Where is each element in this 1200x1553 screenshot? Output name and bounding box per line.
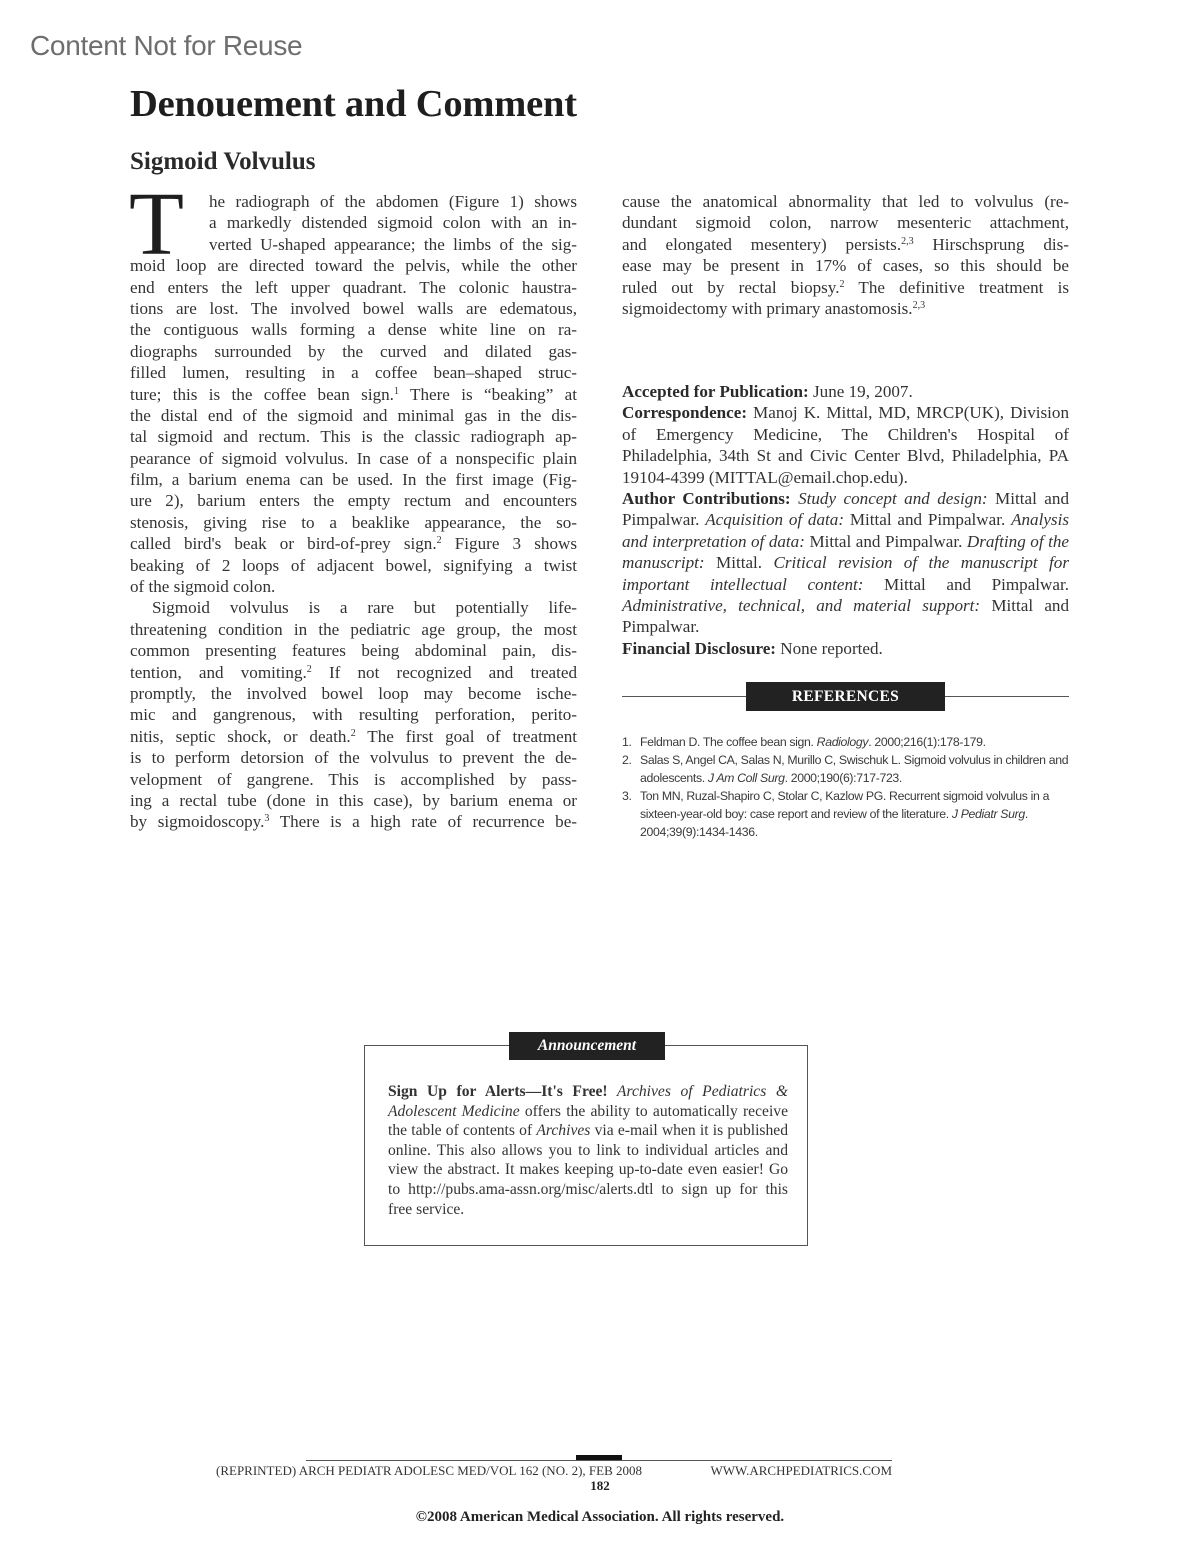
body-line: film, a barium enema can be used. In the…	[130, 469, 577, 490]
citation-superscript: 2,3	[913, 300, 926, 311]
copyright-notice: ©2008 American Medical Association. All …	[0, 1509, 1200, 1526]
body-line: velopment of gangrene. This is accomplis…	[130, 769, 577, 790]
body-line: nitis, septic shock, or death.2 The firs…	[130, 726, 577, 747]
body-line: ease may be present in 17% of cases, so …	[622, 255, 1069, 276]
references-label: REFERENCES	[746, 682, 945, 711]
section-title: Sigmoid Volvulus	[130, 148, 316, 176]
body-line: of the sigmoid colon.	[130, 576, 577, 597]
article-metadata: Accepted for Publication: June 19, 2007.…	[622, 381, 1069, 659]
page-title: Denouement and Comment	[130, 82, 577, 126]
body-line: and elongated mesentery) persists.2,3 Hi…	[622, 234, 1069, 255]
page-number: 182	[0, 1478, 1200, 1494]
body-line: moid loop are directed toward the pelvis…	[130, 255, 577, 276]
announcement-box: Announcement Sign Up for Alerts—It's Fre…	[364, 1045, 808, 1246]
body-line: tal sigmoid and rectum. This is the clas…	[130, 426, 577, 447]
body-line: ure 2), barium enters the empty rectum a…	[130, 490, 577, 511]
body-line: promptly, the involved bowel loop may be…	[130, 683, 577, 704]
body-line: the contiguous walls forming a dense whi…	[130, 319, 577, 340]
body-line: by sigmoidoscopy.3 There is a high rate …	[130, 811, 577, 832]
body-line: verted U-shaped appearance; the limbs of…	[130, 234, 577, 255]
body-line: threatening condition in the pediatric a…	[130, 619, 577, 640]
references-list: 1.Feldman D. The coffee bean sign. Radio…	[622, 733, 1072, 841]
body-right-column: cause the anatomical abnormality that le…	[622, 191, 1069, 319]
body-line: is to perform detorsion of the volvulus …	[130, 747, 577, 768]
author-contributions: Author Contributions: Study concept and …	[622, 488, 1069, 638]
accepted-for-publication: Accepted for Publication: June 19, 2007.	[622, 381, 1069, 402]
body-line: sigmoidectomy with primary anastomosis.2…	[622, 298, 1069, 319]
body-line: dundant sigmoid colon, narrow mesenteric…	[622, 212, 1069, 233]
footer-website: WWW.ARCHPEDIATRICS.COM	[710, 1463, 892, 1479]
reference-item: 2.Salas S, Angel CA, Salas N, Murillo C,…	[622, 751, 1072, 787]
body-line: tions are lost. The involved bowel walls…	[130, 298, 577, 319]
body-line: mic and gangrenous, with resulting perfo…	[130, 704, 577, 725]
announcement-body: Sign Up for Alerts—It's Free! Archives o…	[388, 1082, 788, 1219]
body-line: end enters the left upper quadrant. The …	[130, 277, 577, 298]
references-header: REFERENCES	[622, 682, 1069, 712]
body-line: ing a rectal tube (done in this case), b…	[130, 790, 577, 811]
body-line: ruled out by rectal biopsy.2 The definit…	[622, 277, 1069, 298]
body-line: tention, and vomiting.2 If not recognize…	[130, 662, 577, 683]
drop-cap: T	[129, 185, 184, 265]
body-line: the distal end of the sigmoid and minima…	[130, 405, 577, 426]
citation-superscript: 2,3	[901, 236, 914, 247]
body-line: pearance of sigmoid volvulus. In case of…	[130, 448, 577, 469]
body-line: cause the anatomical abnormality that le…	[622, 191, 1069, 212]
financial-disclosure: Financial Disclosure: None reported.	[622, 638, 1069, 659]
body-line: called bird's beak or bird-of-prey sign.…	[130, 533, 577, 554]
body-line: he radiograph of the abdomen (Figure 1) …	[130, 191, 577, 212]
body-line: a markedly distended sigmoid colon with …	[130, 212, 577, 233]
footer-divider	[306, 1460, 892, 1461]
body-line: common presenting features being abdomin…	[130, 640, 577, 661]
correspondence: Correspondence: Manoj K. Mittal, MD, MRC…	[622, 402, 1069, 488]
body-line: stenosis, giving rise to a beaklike appe…	[130, 512, 577, 533]
watermark: Content Not for Reuse	[30, 30, 302, 62]
footer-journal-citation: (REPRINTED) ARCH PEDIATR ADOLESC MED/VOL…	[216, 1463, 642, 1479]
body-line: diographs surrounded by the curved and d…	[130, 341, 577, 362]
reference-item: 1.Feldman D. The coffee bean sign. Radio…	[622, 733, 1072, 751]
body-line: ture; this is the coffee bean sign.1 The…	[130, 384, 577, 405]
body-line: filled lumen, resulting in a coffee bean…	[130, 362, 577, 383]
body-line: Sigmoid volvulus is a rare but potential…	[130, 597, 577, 618]
reference-item: 3.Ton MN, Ruzal-Shapiro C, Stolar C, Kaz…	[622, 787, 1072, 841]
body-line: beaking of 2 loops of adjacent bowel, si…	[130, 555, 577, 576]
body-left-column: T he radiograph of the abdomen (Figure 1…	[130, 191, 577, 833]
announcement-label: Announcement	[509, 1032, 665, 1060]
